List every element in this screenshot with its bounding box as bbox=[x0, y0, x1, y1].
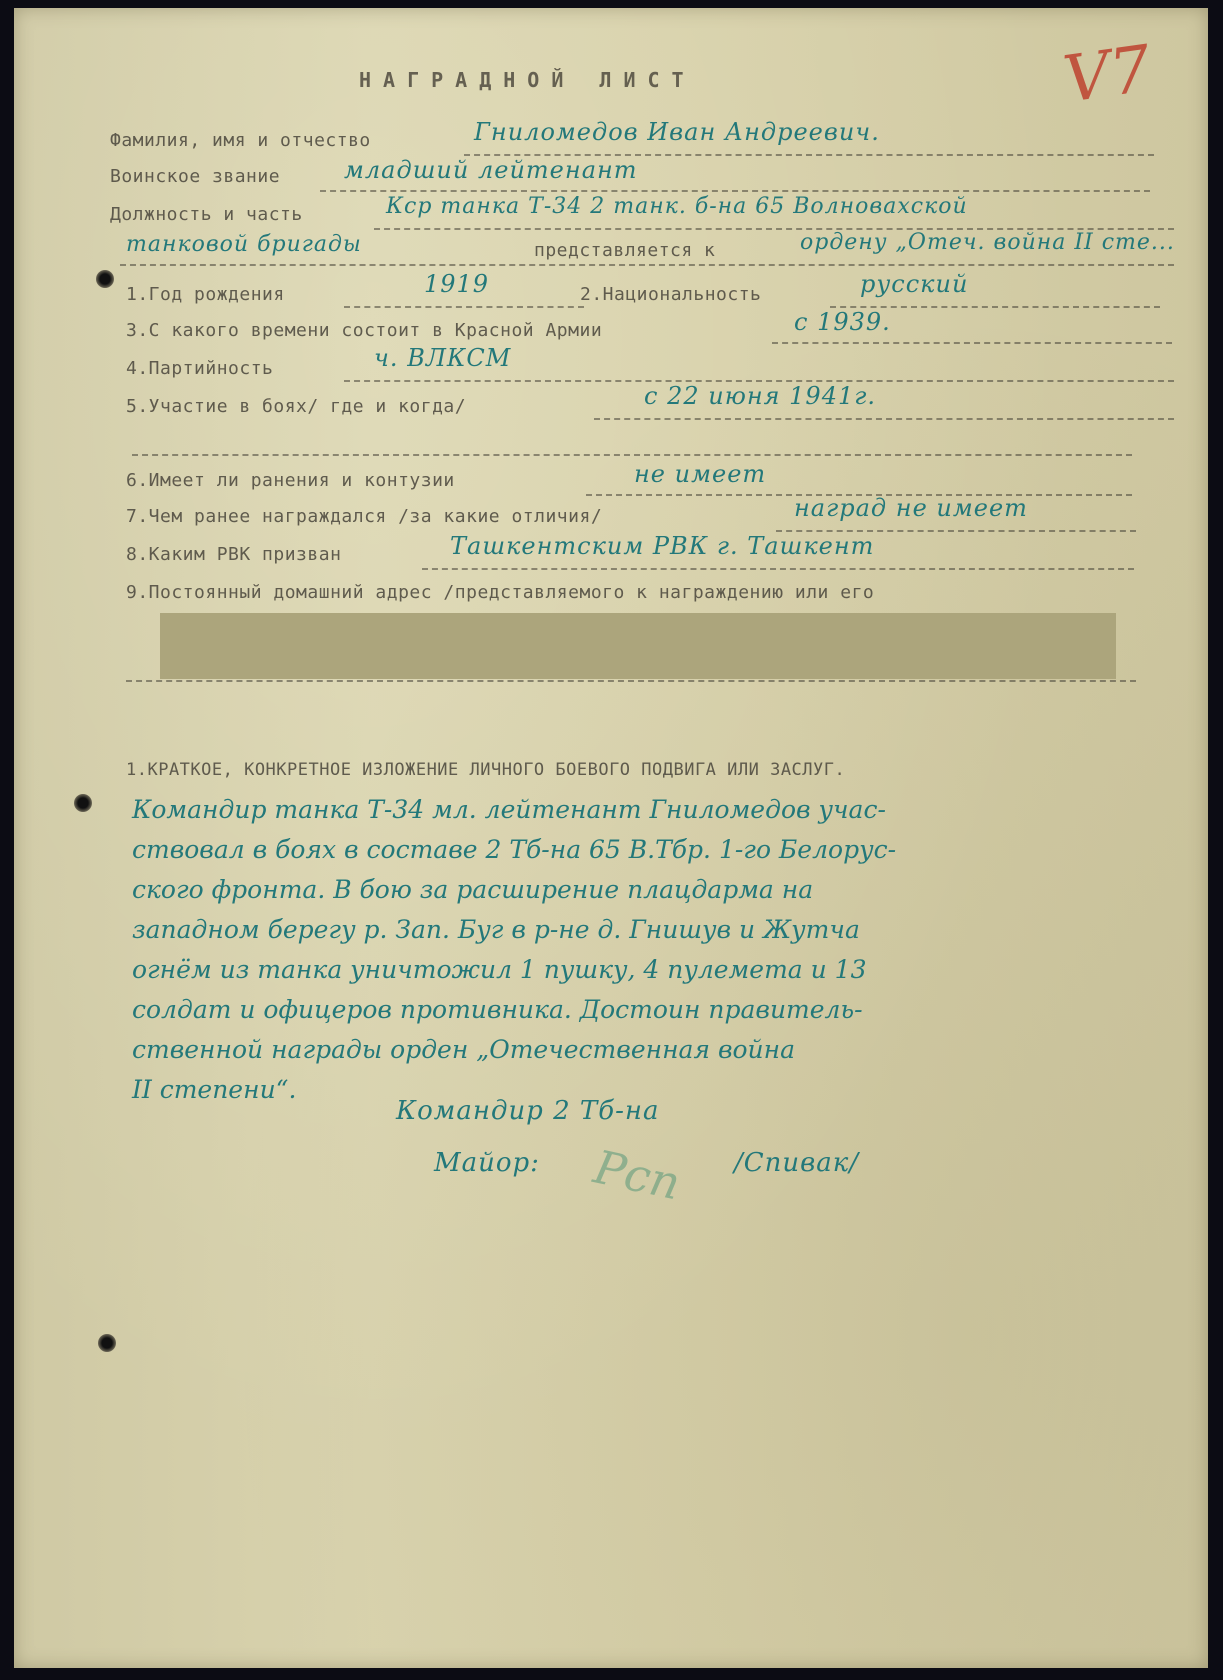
narrative-line: западном берегу р. Зап. Буг в р-не д. Гн… bbox=[132, 910, 1182, 950]
divider bbox=[126, 680, 1136, 682]
field-value-service-since: с 1939. bbox=[794, 308, 891, 336]
divider bbox=[772, 342, 1172, 344]
punch-hole-icon bbox=[98, 1334, 116, 1352]
punch-hole-icon bbox=[74, 794, 92, 812]
divider bbox=[344, 306, 584, 308]
signature-rank: Майор: bbox=[434, 1148, 540, 1178]
section-header-feat: 1.КРАТКОЕ, КОНКРЕТНОЕ ИЗЛОЖЕНИЕ ЛИЧНОГО … bbox=[126, 760, 845, 780]
field-label-full-name: Фамилия, имя и отчество bbox=[110, 130, 371, 151]
field-label-birth-year: 1.Год рождения bbox=[126, 284, 285, 305]
field-value-nationality: русский bbox=[860, 270, 968, 298]
corner-mark: V7 bbox=[1059, 32, 1155, 117]
document-title: НАГРАДНОЙ ЛИСТ bbox=[359, 68, 696, 92]
field-value-position-cont: танковой бригады bbox=[126, 232, 362, 257]
divider bbox=[120, 264, 1174, 266]
narrative-line: ственной награды орден „Отечественная во… bbox=[132, 1030, 1182, 1070]
field-label-wounds: 6.Имеет ли ранения и контузии bbox=[126, 470, 455, 491]
divider bbox=[422, 568, 1134, 570]
narrative-line: солдат и офицеров противника. Достоин пр… bbox=[132, 990, 1182, 1030]
field-label-nationality: 2.Национальность bbox=[580, 284, 761, 305]
signature-name: /Спивак/ bbox=[734, 1148, 859, 1178]
presented-for-value: ордену „Отеч. война II сте... bbox=[800, 230, 1175, 255]
field-value-wounds: не имеет bbox=[634, 460, 766, 488]
field-label-home-address: 9.Постоянный домашний адрес /представляе… bbox=[126, 582, 874, 603]
presented-for-label: представляется к bbox=[534, 240, 715, 261]
field-label-draft-office: 8.Каким РВК призван bbox=[126, 544, 341, 565]
field-label-rank: Воинское звание bbox=[110, 166, 280, 187]
field-value-full-name: Гниломедов Иван Андреевич. bbox=[474, 118, 880, 146]
award-sheet: НАГРАДНОЙ ЛИСТ V7 Фамилия, имя и отчеств… bbox=[14, 8, 1208, 1668]
signature-scribble-icon: Рсп bbox=[589, 1140, 685, 1211]
field-value-birth-year: 1919 bbox=[424, 270, 489, 298]
narrative-line: ствовал в боях в составе 2 Тб-на 65 В.Тб… bbox=[132, 830, 1182, 870]
narrative-line: ского фронта. В бою за расширение плацда… bbox=[132, 870, 1182, 910]
redacted-address-block bbox=[160, 613, 1116, 679]
punch-hole-icon bbox=[96, 270, 114, 288]
field-value-rank: младший лейтенант bbox=[344, 156, 638, 184]
field-label-position: Должность и часть bbox=[110, 204, 303, 225]
divider bbox=[132, 454, 1132, 456]
narrative-line: огнём из танка уничтожил 1 пушку, 4 пуле… bbox=[132, 950, 1182, 990]
field-label-party: 4.Партийность bbox=[126, 358, 273, 379]
field-value-battles: с 22 июня 1941г. bbox=[644, 382, 876, 410]
feat-narrative: Командир танка Т-34 мл. лейтенант Гнилом… bbox=[132, 790, 1182, 1110]
narrative-line: Командир танка Т-34 мл. лейтенант Гнилом… bbox=[132, 790, 1182, 830]
field-value-position: Кср танка Т-34 2 танк. б-на 65 Волновахс… bbox=[386, 194, 968, 219]
field-value-draft-office: Ташкентским РВК г. Ташкент bbox=[450, 532, 874, 560]
divider bbox=[320, 190, 1150, 192]
field-label-service-since: 3.С какого времени состоит в Красной Арм… bbox=[126, 320, 602, 341]
field-label-battles: 5.Участие в боях/ где и когда/ bbox=[126, 396, 466, 417]
field-label-prior-awards: 7.Чем ранее награждался /за какие отличи… bbox=[126, 506, 602, 527]
signature-position: Командир 2 Тб-на bbox=[396, 1096, 660, 1126]
divider bbox=[594, 418, 1174, 420]
field-value-prior-awards: наград не имеет bbox=[794, 494, 1028, 522]
field-value-party: ч. ВЛКСМ bbox=[374, 344, 511, 372]
